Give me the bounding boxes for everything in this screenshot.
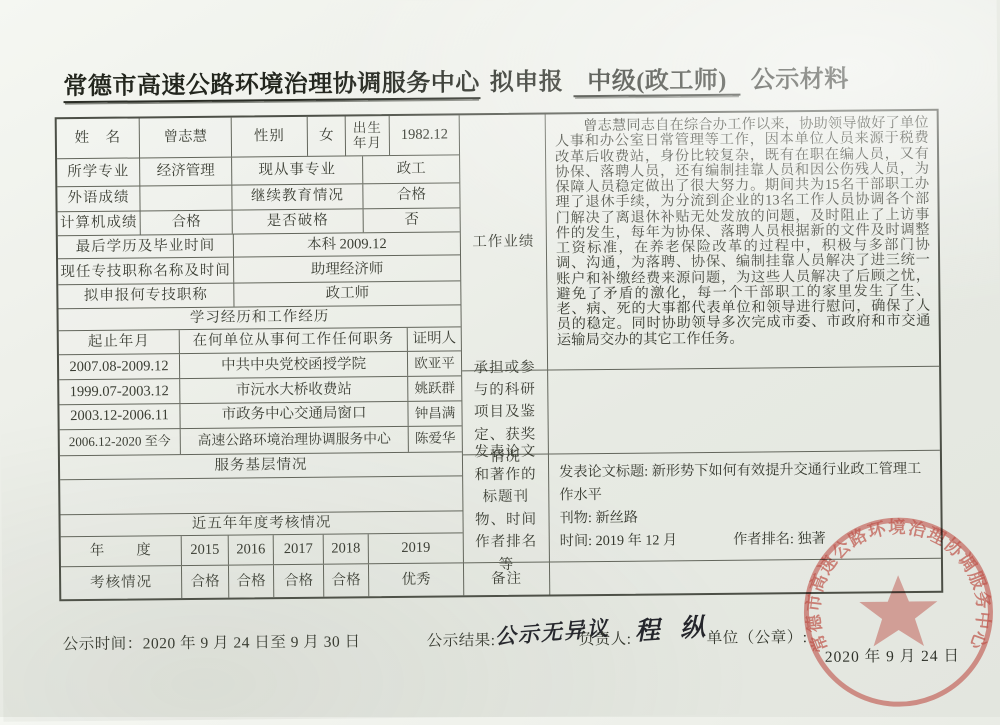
experience-header-certifier: 证明人 xyxy=(408,328,461,351)
paper-time-rank-line: 时间: 2019 年 12 月作者排名: 独著 xyxy=(560,527,931,554)
paper-time: 时间: 2019 年 12 月 xyxy=(560,533,678,550)
experience-period: 2003.12-2006.11 xyxy=(59,404,180,429)
assessment-years-row: 年 度 2015 2016 2017 2018 2019 xyxy=(61,534,463,568)
foreign-score-label: 外语成绩 xyxy=(57,186,140,211)
experience-header-period: 起止年月 xyxy=(59,330,180,354)
experience-unit: 中共中央党校函授学院 xyxy=(180,352,408,378)
experience-section-title: 学习经历和工作经历 xyxy=(59,306,461,331)
apply-title-value: 政工师 xyxy=(234,282,460,307)
major-label: 所学专业 xyxy=(57,158,140,186)
birth-label: 出生 年月 xyxy=(346,116,390,155)
exception-label: 是否破格 xyxy=(233,209,364,233)
publicity-result-label: 公示结果: xyxy=(427,628,496,651)
title-level: 中级(政工师) xyxy=(573,68,741,98)
assessment-result-label: 考核情况 xyxy=(61,566,182,599)
application-form-table: 姓 名 曾志慧 性别 女 出生 年月 1982.12 所学专业 经济管理 现从事… xyxy=(55,109,944,601)
unit-seal-label: 单位（公章）: xyxy=(707,625,808,648)
row-current-title: 现任专技职称名称及时间 助理经济师 xyxy=(58,256,460,286)
manager-label: 负责人: xyxy=(579,627,632,650)
experience-certifier: 姚跃群 xyxy=(408,376,461,400)
experience-row: 2003.12-2006.11 市政务中心交通局窗口 钟昌满 xyxy=(59,401,461,430)
manager-signature-handwritten: 程 纵 xyxy=(634,607,713,648)
scanned-form-sheet: 常德市高速公路环境治理协调服务中心拟申报中级(政工师)公示材料 姓 名 曾志慧 … xyxy=(0,0,1000,717)
title-unit-name: 常德市高速公路环境治理协调服务中心 xyxy=(63,70,480,103)
education-label: 最后学历及毕业时间 xyxy=(58,234,234,259)
experience-period: 1999.07-2003.12 xyxy=(59,379,180,404)
current-title-value: 助理经济师 xyxy=(234,256,460,283)
page-title: 常德市高速公路环境治理协调服务中心拟申报中级(政工师)公示材料 xyxy=(63,57,969,101)
title-middle: 拟申报 xyxy=(490,69,564,96)
performance-label: 工作业绩 xyxy=(460,115,548,371)
assessment-year: 2018 xyxy=(324,535,369,564)
paper-title-line: 发表论文标题: 新形势下如何有效提升交通行业政工管理工作水平 xyxy=(559,458,930,508)
name-value: 曾志慧 xyxy=(140,118,232,158)
experience-row: 2006.12-2020 至今 高速公路环境治理协调服务中心 陈爱华 xyxy=(60,426,462,456)
form-left-pane: 姓 名 曾志慧 性别 女 出生 年月 1982.12 所学专业 经济管理 现从事… xyxy=(57,115,465,599)
gender-value: 女 xyxy=(308,116,346,155)
assessment-result: 合格 xyxy=(274,565,324,597)
assessment-year: 2017 xyxy=(274,535,324,564)
major-value: 经济管理 xyxy=(140,157,232,185)
assessment-result: 合格 xyxy=(182,566,229,598)
performance-content-cell: 曾志慧同志自在综合办工作以来，协助领导做好了单位人事和办公室日常管理等工作，因本… xyxy=(546,111,939,370)
stamp-date: 2020 年 9 月 24 日 xyxy=(825,644,960,667)
paper-author-rank: 作者排名: 独著 xyxy=(733,531,826,548)
row-remarks: 备注 xyxy=(464,559,941,595)
exception-value: 否 xyxy=(364,208,460,232)
assessment-year-label: 年 度 xyxy=(61,536,182,566)
assessment-year: 2016 xyxy=(229,535,274,564)
title-suffix: 公示材料 xyxy=(751,67,849,94)
assessment-year: 2019 xyxy=(369,534,463,564)
continuing-education-label: 继续教育情况 xyxy=(232,184,363,209)
assessment-result: 合格 xyxy=(229,565,274,597)
assessment-result: 优秀 xyxy=(369,563,463,596)
research-content-cell xyxy=(548,367,940,454)
form-right-pane: 工作业绩 曾志慧同志自在综合办工作以来，协助领导做好了单位人事和办公室日常管理等… xyxy=(460,111,942,596)
grassroots-service-title: 服务基层情况 xyxy=(60,452,462,479)
row-foreign-language: 外语成绩 继续教育情况 合格 xyxy=(57,183,459,212)
experience-unit: 市沅水大桥收费站 xyxy=(180,377,408,403)
row-basic-identity: 姓 名 曾志慧 性别 女 出生 年月 1982.12 xyxy=(57,115,459,159)
continuing-education-value: 合格 xyxy=(363,183,459,208)
current-major-label: 现从事专业 xyxy=(232,156,363,184)
gender-label: 性别 xyxy=(232,117,308,157)
papers-text: 发表论文标题: 新形势下如何有效提升交通行业政工管理工作水平 刊物: 新丝路 时… xyxy=(549,451,941,561)
assessment-year: 2015 xyxy=(182,536,229,565)
experience-row: 2007.08-2009.12 中共中央党校函授学院 欧亚平 xyxy=(59,351,461,380)
assessment-results-row: 考核情况 合格 合格 合格 合格 优秀 xyxy=(61,563,463,599)
performance-text: 曾志慧同志自在综合办工作以来，协助领导做好了单位人事和办公室日常管理等工作，因本… xyxy=(546,111,939,352)
experience-certifier: 陈爱华 xyxy=(409,426,462,451)
name-label: 姓 名 xyxy=(57,118,140,158)
assessment-section-title: 近五年年度考核情况 xyxy=(60,512,462,537)
current-title-label: 现任专技职称名称及时间 xyxy=(58,258,234,285)
foreign-score-value xyxy=(140,185,232,210)
grassroots-service-content xyxy=(60,476,462,515)
experience-certifier: 欧亚平 xyxy=(408,351,461,375)
row-performance: 工作业绩 曾志慧同志自在综合办工作以来，协助领导做好了单位人事和办公室日常管理等… xyxy=(460,111,939,372)
current-major-value: 政工 xyxy=(363,155,459,183)
education-value: 本科 2009.12 xyxy=(234,232,460,257)
remarks-label: 备注 xyxy=(464,563,550,596)
row-grassroots-content xyxy=(60,476,462,516)
row-papers: 发表论文和著作的标题刊物、时间作者排名等 发表论文标题: 新形势下如何有效提升交… xyxy=(463,451,941,564)
papers-content-cell: 发表论文标题: 新形势下如何有效提升交通行业政工管理工作水平 刊物: 新丝路 时… xyxy=(549,451,941,562)
row-major: 所学专业 经济管理 现从事专业 政工 xyxy=(57,155,459,187)
experience-period: 2006.12-2020 至今 xyxy=(60,429,181,455)
experience-row: 1999.07-2003.12 市沅水大桥收费站 姚跃群 xyxy=(59,376,461,405)
experience-header-unit: 在何单位从事何工作任何职务 xyxy=(180,328,408,353)
experience-unit: 市政务中心交通局窗口 xyxy=(180,402,408,428)
experience-period: 2007.08-2009.12 xyxy=(59,354,180,379)
publicity-time: 公示时间：2020 年 9 月 24 日至 9 月 30 日 xyxy=(63,629,361,654)
experience-certifier: 钟昌满 xyxy=(408,401,461,425)
computer-score-label: 计算机成绩 xyxy=(58,211,141,235)
birth-value: 1982.12 xyxy=(390,115,459,154)
computer-score-value: 合格 xyxy=(141,210,233,234)
papers-label: 发表论文和著作的标题刊物、时间作者排名等 xyxy=(463,455,550,563)
remarks-content-cell xyxy=(550,559,941,595)
experience-unit: 高速公路环境治理协调服务中心 xyxy=(181,427,409,454)
apply-title-label: 拟申报何专技职称 xyxy=(58,284,234,309)
assessment-result: 合格 xyxy=(324,564,369,596)
